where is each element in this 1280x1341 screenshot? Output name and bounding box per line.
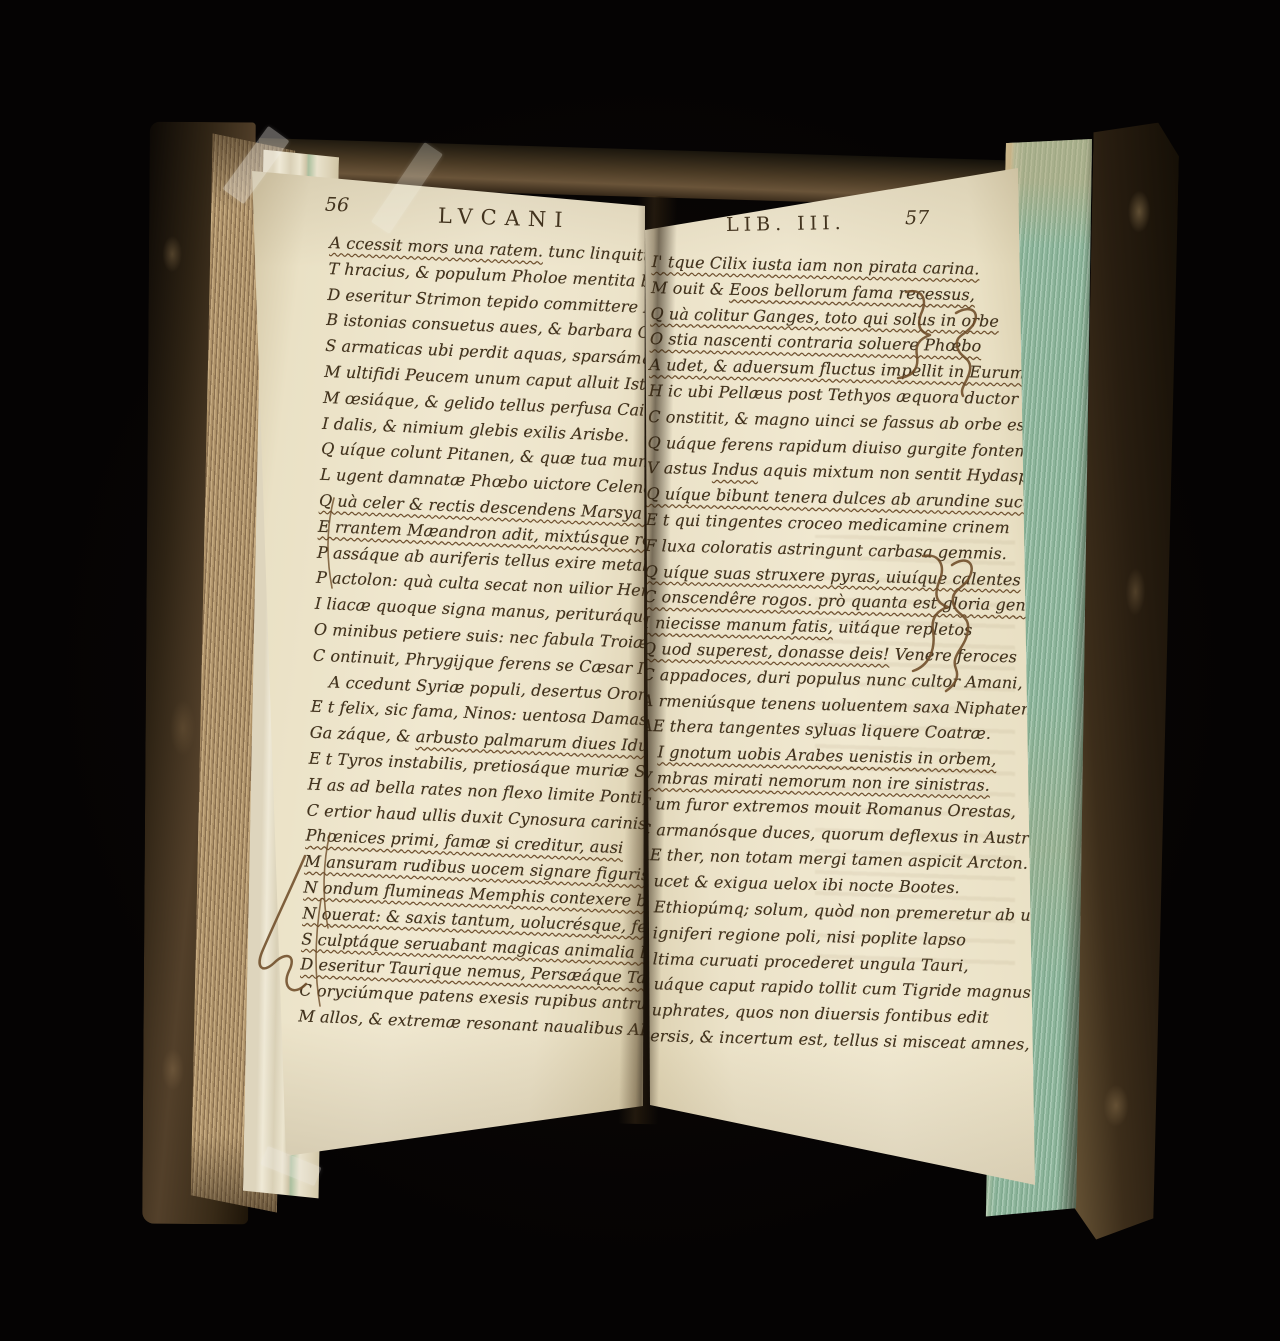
verse-block-right: I' tque Cilix iusta iam non pirata carin… bbox=[634, 249, 1008, 1057]
left-folio-number: 56 bbox=[325, 194, 350, 217]
left-page: 56 LVCANI A ccessit mors una ratem. tunc… bbox=[250, 168, 646, 1160]
photograph-open-book: 56 LVCANI A ccessit mors una ratem. tunc… bbox=[0, 0, 1280, 1341]
verse-block-left: A ccessit mors una ratem. tunc linquitur… bbox=[298, 230, 670, 1043]
right-folio-number: 57 bbox=[905, 207, 930, 229]
right-page: LIB. III. 57 I' tque Cilix iusta iam non… bbox=[643, 163, 1037, 1189]
right-running-title: LIB. III. bbox=[726, 212, 846, 236]
left-running-title: LVCANI bbox=[438, 204, 571, 233]
